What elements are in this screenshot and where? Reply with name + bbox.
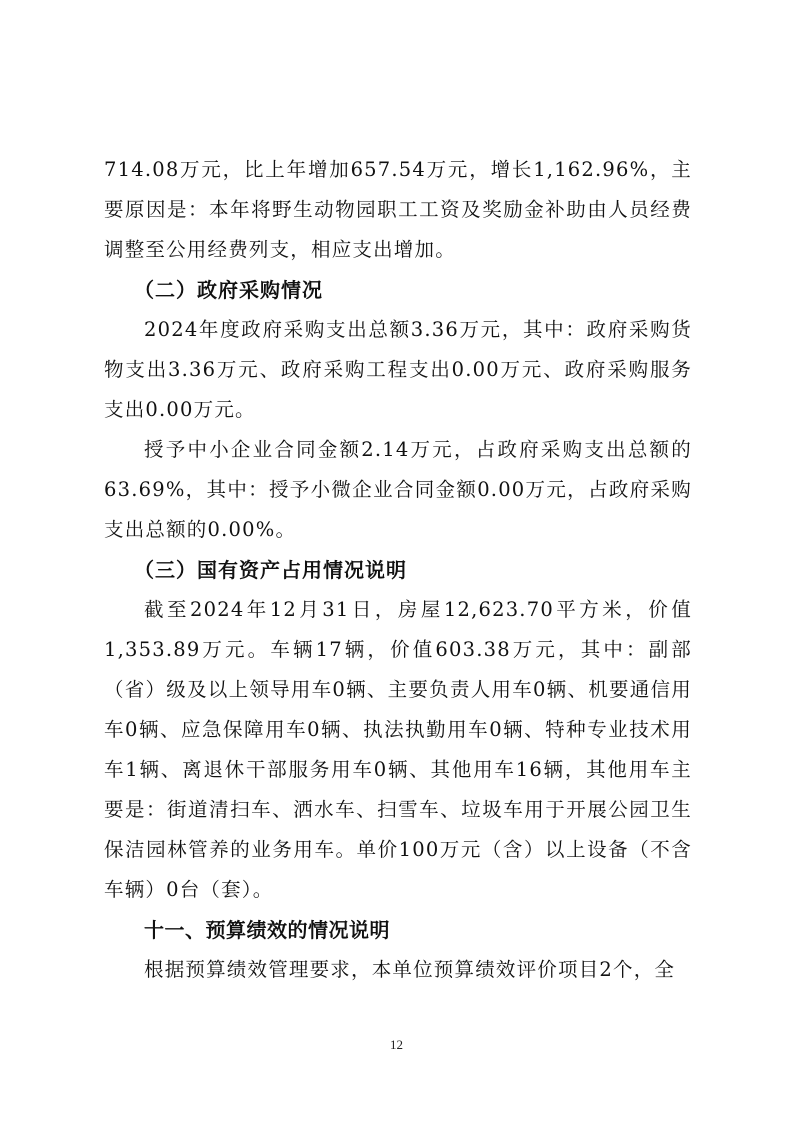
paragraph-procurement-total: 2024年度政府采购支出总额3.36万元，其中：政府采购货物支出3.36万元、政… <box>104 310 692 430</box>
paragraph-sme-contracts: 授予中小企业合同金额2.14万元，占政府采购支出总额的63.69%，其中：授予小… <box>104 430 692 550</box>
document-page: 714.08万元，比上年增加657.54万元，增长1,162.96%，主要原因是… <box>104 150 692 990</box>
subheading-government-procurement: （二）政府采购情况 <box>104 270 692 310</box>
paragraph-expense-reason: 714.08万元，比上年增加657.54万元，增长1,162.96%，主要原因是… <box>104 150 692 270</box>
paragraph-performance-evaluation: 根据预算绩效管理要求，本单位预算绩效评价项目2个，全 <box>104 950 692 990</box>
page-number: 12 <box>0 1037 793 1053</box>
heading-budget-performance: 十一、预算绩效的情况说明 <box>104 910 692 950</box>
paragraph-assets-detail: 截至2024年12月31日，房屋12,623.70平方米，价值1,353.89万… <box>104 590 692 910</box>
subheading-state-assets: （三）国有资产占用情况说明 <box>104 550 692 590</box>
